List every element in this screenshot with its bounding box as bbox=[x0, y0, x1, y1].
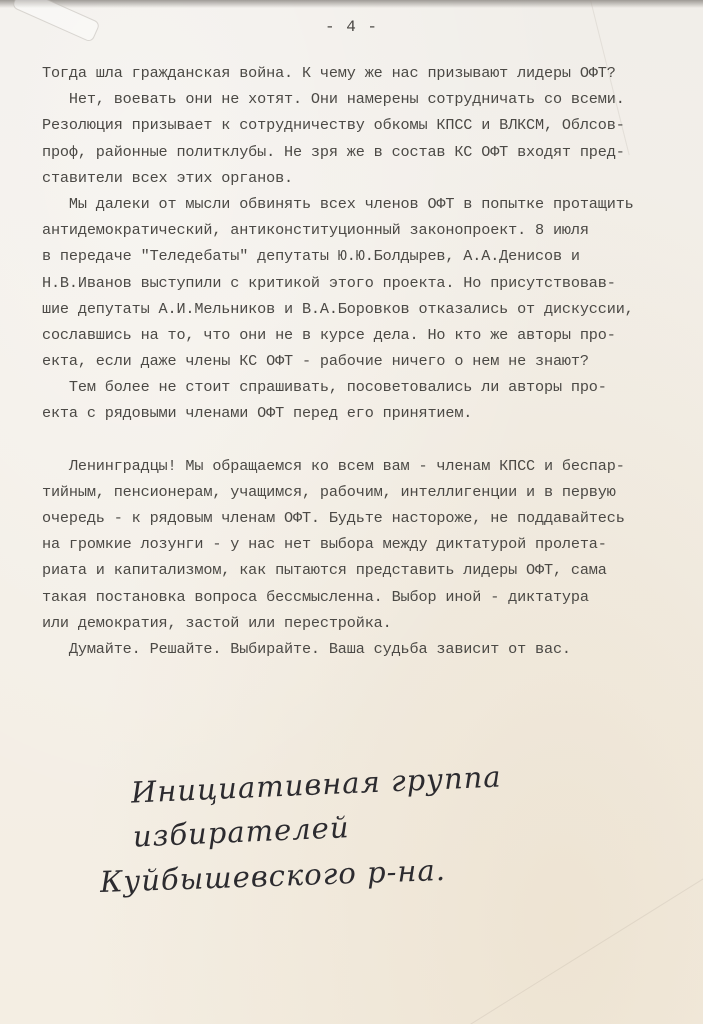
text-line: тийным, пенсионерам, учащимся, рабочим, … bbox=[42, 479, 692, 505]
text-line: Думайте. Решайте. Выбирайте. Ваша судьба… bbox=[42, 636, 692, 662]
text-line: екта, если даже члены КС ОФТ - рабочие н… bbox=[42, 348, 692, 374]
page-number: - 4 - bbox=[0, 18, 703, 36]
text-line: такая постановка вопроса бессмысленна. В… bbox=[42, 584, 692, 610]
scan-edge-shadow bbox=[0, 0, 703, 8]
typed-body: Тогда шла гражданская война. К чему же н… bbox=[42, 60, 692, 662]
text-line: екта с рядовыми членами ОФТ перед его пр… bbox=[42, 400, 692, 426]
text-line: или демократия, застой или перестройка. bbox=[42, 610, 692, 636]
text-line: проф, районные политклубы. Не зря же в с… bbox=[42, 139, 692, 165]
document-page: - 4 - Тогда шла гражданская война. К чем… bbox=[0, 0, 703, 1024]
paragraph-gap bbox=[42, 427, 692, 453]
text-line: шие депутаты А.И.Мельников и В.А.Боровко… bbox=[42, 296, 692, 322]
text-line: антидемократический, антиконституционный… bbox=[42, 217, 692, 243]
text-line: риата и капитализмом, как пытаются предс… bbox=[42, 557, 692, 583]
text-line: сославшись на то, что они не в курсе дел… bbox=[42, 322, 692, 348]
text-line: на громкие лозунги - у нас нет выбора ме… bbox=[42, 531, 692, 557]
text-line: Ленинградцы! Мы обращаемся ко всем вам -… bbox=[42, 453, 692, 479]
text-line: Н.В.Иванов выступили с критикой этого пр… bbox=[42, 270, 692, 296]
text-line: ставители всех этих органов. bbox=[42, 165, 692, 191]
text-line: Резолюция призывает к сотрудничеству обк… bbox=[42, 112, 692, 138]
text-line: Тем более не стоит спрашивать, посоветов… bbox=[42, 374, 692, 400]
text-line: Мы далеки от мысли обвинять всех членов … bbox=[42, 191, 692, 217]
text-line: в передаче "Теледебаты" депутаты Ю.Ю.Бол… bbox=[42, 243, 692, 269]
handwritten-signature: Инициативная группа избирателей Куйбышев… bbox=[100, 772, 660, 904]
text-line: Тогда шла гражданская война. К чему же н… bbox=[42, 60, 692, 86]
text-line: Нет, воевать они не хотят. Они намерены … bbox=[42, 86, 692, 112]
text-line: очередь - к рядовым членам ОФТ. Будьте н… bbox=[42, 505, 692, 531]
